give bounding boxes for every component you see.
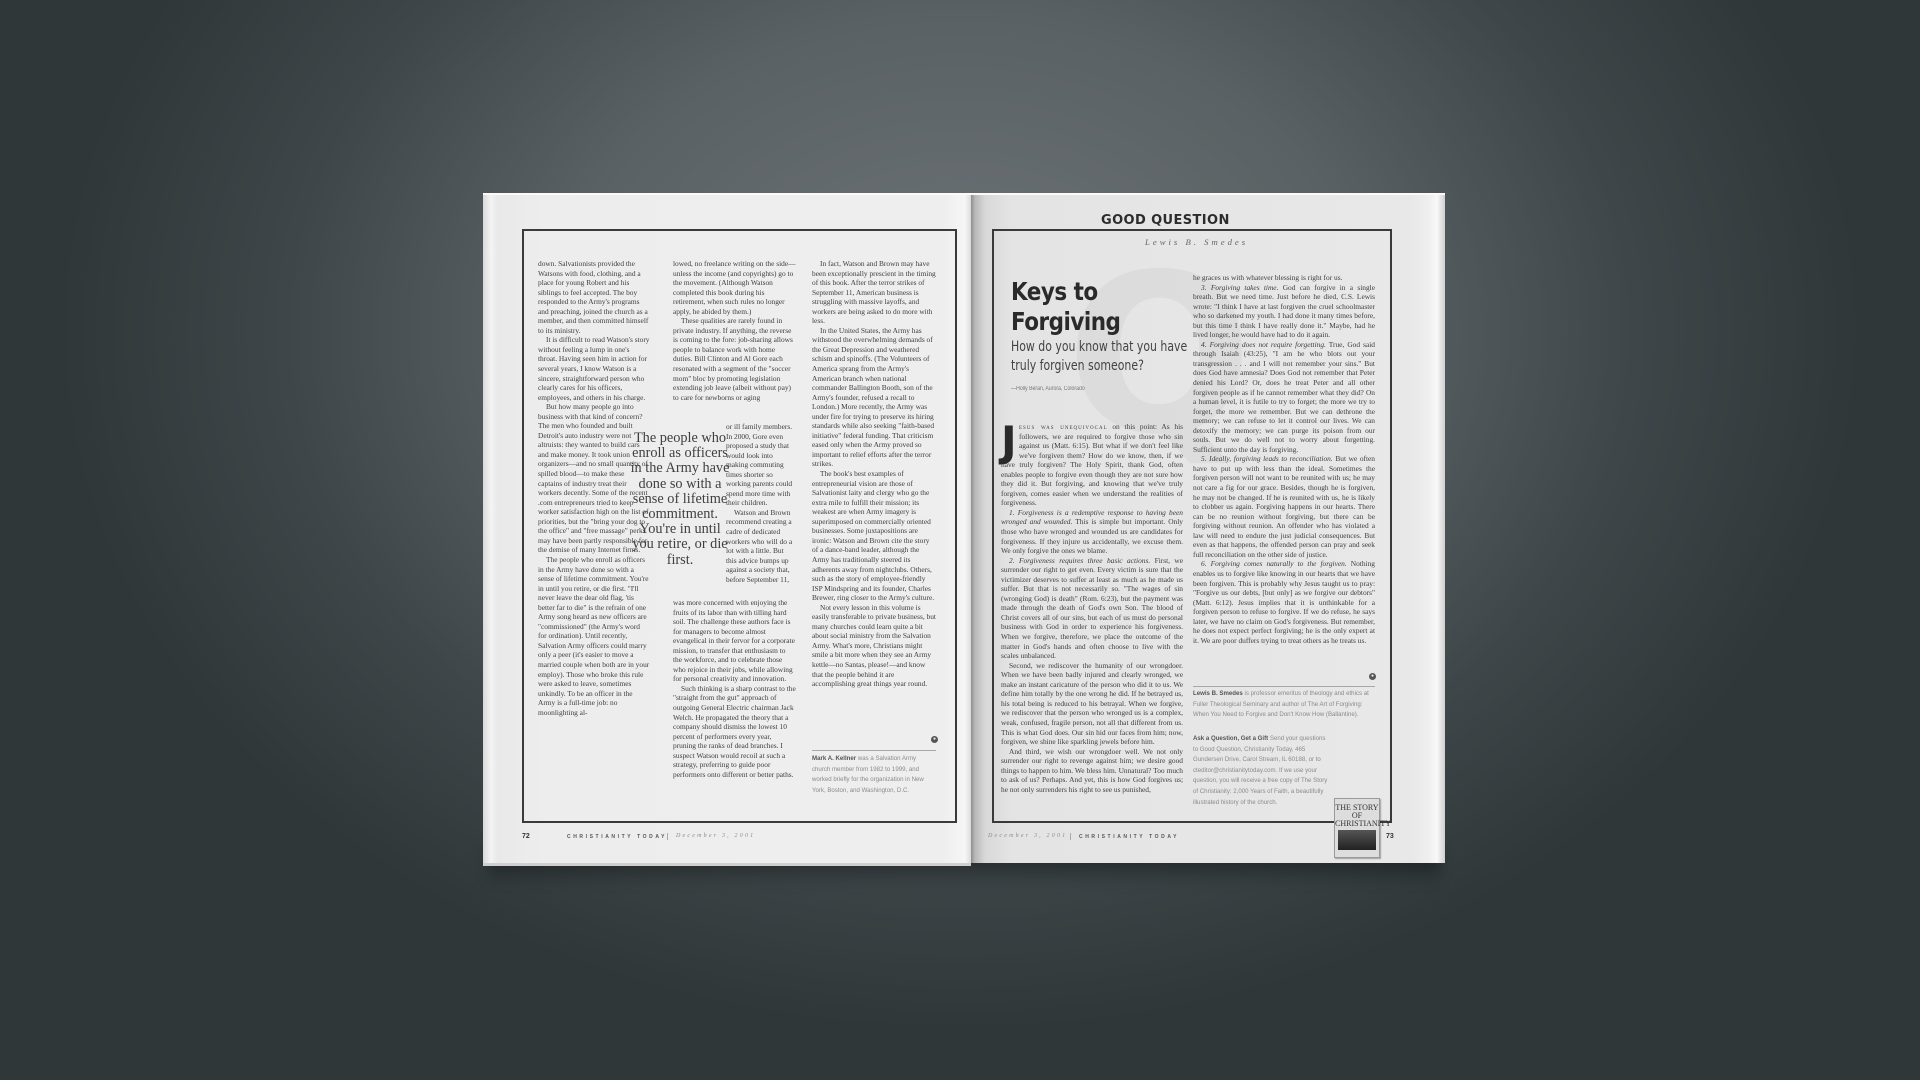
magazine-name: CHRISTIANITY TODAY bbox=[1079, 834, 1179, 840]
paragraph: was more concerned with enjoying the fru… bbox=[673, 598, 796, 684]
paragraph: 2. Forgiveness requires three basic acti… bbox=[1001, 556, 1183, 661]
offer-heading: Ask a Question, Get a Gift bbox=[1193, 735, 1268, 742]
paragraph: Second, we rediscover the humanity of ou… bbox=[1001, 661, 1183, 747]
paragraph: 6. Forgiving comes naturally to the forg… bbox=[1193, 559, 1375, 645]
book-title: THE STORY OF CHRISTIANITY bbox=[1335, 804, 1379, 828]
pull-quote: The people who enroll as officers in the… bbox=[630, 431, 730, 568]
paragraph: or ill family members. In 2000, Gore eve… bbox=[726, 422, 796, 508]
author-name: Mark A. Kellner bbox=[812, 755, 856, 762]
question-asker: —Holly Beran, Aurora, Colorado bbox=[1011, 386, 1085, 392]
paragraph: The people who enroll as officers in the… bbox=[538, 555, 650, 717]
article-subtitle: How do you know that you have truly forg… bbox=[1011, 338, 1206, 376]
issue-date: December 3, 2001 bbox=[988, 833, 1067, 839]
paragraph: esus was unequivocal on this point: As h… bbox=[1001, 422, 1183, 508]
paragraph: 4. Forgiving does not require forgetting… bbox=[1193, 340, 1375, 455]
author-bio: Mark A. Kellner was a Salvation Army chu… bbox=[812, 754, 936, 796]
book-cover-photo bbox=[1338, 830, 1376, 850]
paragraph: These qualities are rarely found in priv… bbox=[673, 316, 796, 402]
page-number: 72 bbox=[522, 833, 530, 840]
section-heading: GOOD QUESTION bbox=[1101, 213, 1230, 228]
bio-divider bbox=[1193, 686, 1375, 687]
paragraph: he graces us with whatever blessing is r… bbox=[1193, 273, 1375, 283]
gift-offer: Ask a Question, Get a Gift Send your que… bbox=[1193, 734, 1329, 808]
paragraph: The book's best examples of entrepreneur… bbox=[812, 469, 936, 603]
runner-separator bbox=[667, 833, 668, 840]
paragraph: In fact, Watson and Brown may have been … bbox=[812, 259, 936, 326]
article-title: Keys to Forgiving bbox=[1011, 277, 1183, 337]
paragraph: Not every lesson in this volume is easil… bbox=[812, 603, 936, 689]
end-mark-icon: ● bbox=[931, 736, 938, 743]
paragraph: It is difficult to read Watson's story w… bbox=[538, 335, 650, 402]
right-column-1: Jesus was unequivocal on this point: As … bbox=[1001, 422, 1183, 794]
paragraph: Watson and Brown recommend creating a ca… bbox=[726, 508, 796, 584]
left-column-2-inset: or ill family members. In 2000, Gore eve… bbox=[726, 422, 796, 584]
issue-date: December 3, 2001 bbox=[676, 833, 755, 839]
left-column-2-bottom: was more concerned with enjoying the fru… bbox=[673, 598, 796, 779]
left-column-2: lowed, no freelance writing on the side—… bbox=[673, 259, 796, 402]
right-page: GOOD QUESTION Lewis B. Smedes Q Keys to … bbox=[971, 193, 1445, 863]
right-column-2: he graces us with whatever blessing is r… bbox=[1193, 273, 1375, 645]
paragraph: And third, we wish our wrongdoer well. W… bbox=[1001, 747, 1183, 795]
paragraph: 3. Forgiving takes time. God can forgive… bbox=[1193, 283, 1375, 340]
runner-separator bbox=[1070, 833, 1071, 840]
end-mark-icon: ● bbox=[1369, 673, 1376, 680]
drop-cap: J bbox=[1001, 423, 1017, 461]
paragraph: Such thinking is a sharp contrast to the… bbox=[673, 684, 796, 779]
author-bio: Lewis B. Smedes is professor emeritus of… bbox=[1193, 689, 1375, 721]
left-page: down. Salvationists provided the Watsons… bbox=[483, 193, 971, 863]
magazine-spread: down. Salvationists provided the Watsons… bbox=[483, 193, 1445, 863]
page-number: 73 bbox=[1386, 833, 1394, 840]
author-name: Lewis B. Smedes bbox=[1193, 690, 1243, 697]
paragraph: lowed, no freelance writing on the side—… bbox=[673, 259, 796, 316]
bio-divider bbox=[812, 750, 936, 751]
paragraph: down. Salvationists provided the Watsons… bbox=[538, 259, 650, 335]
paragraph: In the United States, the Army has withs… bbox=[812, 326, 936, 469]
book-cover-image: THE STORY OF CHRISTIANITY 2,000 YEARS OF… bbox=[1334, 798, 1380, 858]
paragraph: 1. Forgiveness is a redemptive response … bbox=[1001, 508, 1183, 556]
paragraph: 5. Ideally, forgiving leads to reconcili… bbox=[1193, 454, 1375, 559]
left-column-3: In fact, Watson and Brown may have been … bbox=[812, 259, 936, 689]
magazine-name: CHRISTIANITY TODAY bbox=[567, 834, 667, 840]
